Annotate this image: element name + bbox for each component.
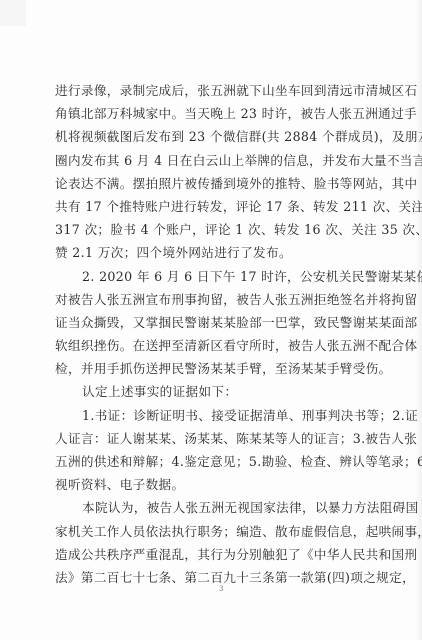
text-line: 赞 2.1 万次；四个境外网站进行了发布。 (55, 241, 377, 264)
text-line: 法》第二百七十七条、第二百九十三条第一款第(四)项之规定， (55, 566, 377, 589)
text-line: 圈内发布其 6 月 4 日在白云山上举牌的信息，并发布大量不当言 (55, 149, 377, 172)
scan-corner-shadow (0, 0, 26, 26)
text-line: 检，并用手抓伤送押民警汤某某手臂，至汤某某手臂受伤。 (55, 357, 377, 380)
document-body: 进行录像，录制完成后，张五洲就下山坐车回到清远市清城区石 角镇北部万科城家中。当… (55, 79, 377, 589)
text-line: 证当众撕毁，又掌掴民警谢某某脸部一巴掌，致民警谢某某面部 (55, 311, 377, 334)
text-line: 进行录像，录制完成后，张五洲就下山坐车回到清远市清城区石 (55, 79, 377, 102)
text-line: 论表达不满。摆拍照片被传播到境外的推特、脸书等网站，其中 (55, 172, 377, 195)
text-line: 共有 17 个推特账户进行转发，评论 17 条、转发 211 次、关注 (55, 195, 377, 218)
text-line: 家机关工作人员依法执行职务；编造、散布虚假信息，起哄闹事， (55, 520, 377, 543)
paragraph-start: 1.书证：诊断证明书、接受证据清单、刑事判决书等；2.证 (55, 404, 377, 427)
text-line: 机将视频截图后发布到 23 个微信群(共 2884 个群成员)，及朋友 (55, 125, 377, 148)
text-line: 造成公共秩序严重混乱，其行为分别触犯了《中华人民共和国刑 (55, 543, 377, 566)
text-line: 五洲的供述和辩解；4.鉴定意见；5.勘验、检查、辨认等笔录；6. (55, 450, 377, 473)
page-number: 3 (219, 585, 223, 593)
document-page: 进行录像，录制完成后，张五洲就下山坐车回到清远市清城区石 角镇北部万科城家中。当… (0, 0, 422, 640)
paragraph-start: 2. 2020 年 6 月 6 日下午 17 时许，公安机关民警谢某某依法 (55, 265, 377, 288)
paragraph-start: 本院认为，被告人张五洲无视国家法律，以暴力方法阻碍国 (55, 496, 377, 519)
text-line: 317 次；脸书 4 个账户，评论 1 次、转发 16 次、关注 35 次、点 (55, 218, 377, 241)
paragraph-start: 认定上述事实的证据如下： (55, 380, 377, 403)
text-line: 软组织挫伤。在送押至清新区看守所时，被告人张五洲不配合体 (55, 334, 377, 357)
text-line: 人证言：证人谢某某、汤某某、陈某某等人的证言；3.被告人张 (55, 427, 377, 450)
text-line: 角镇北部万科城家中。当天晚上 23 时许，被告人张五洲通过手 (55, 102, 377, 125)
text-line: 对被告人张五洲宣布刑事拘留，被告人张五洲拒绝签名并将拘留 (55, 288, 377, 311)
text-line: 视听资料、电子数据。 (55, 473, 377, 496)
